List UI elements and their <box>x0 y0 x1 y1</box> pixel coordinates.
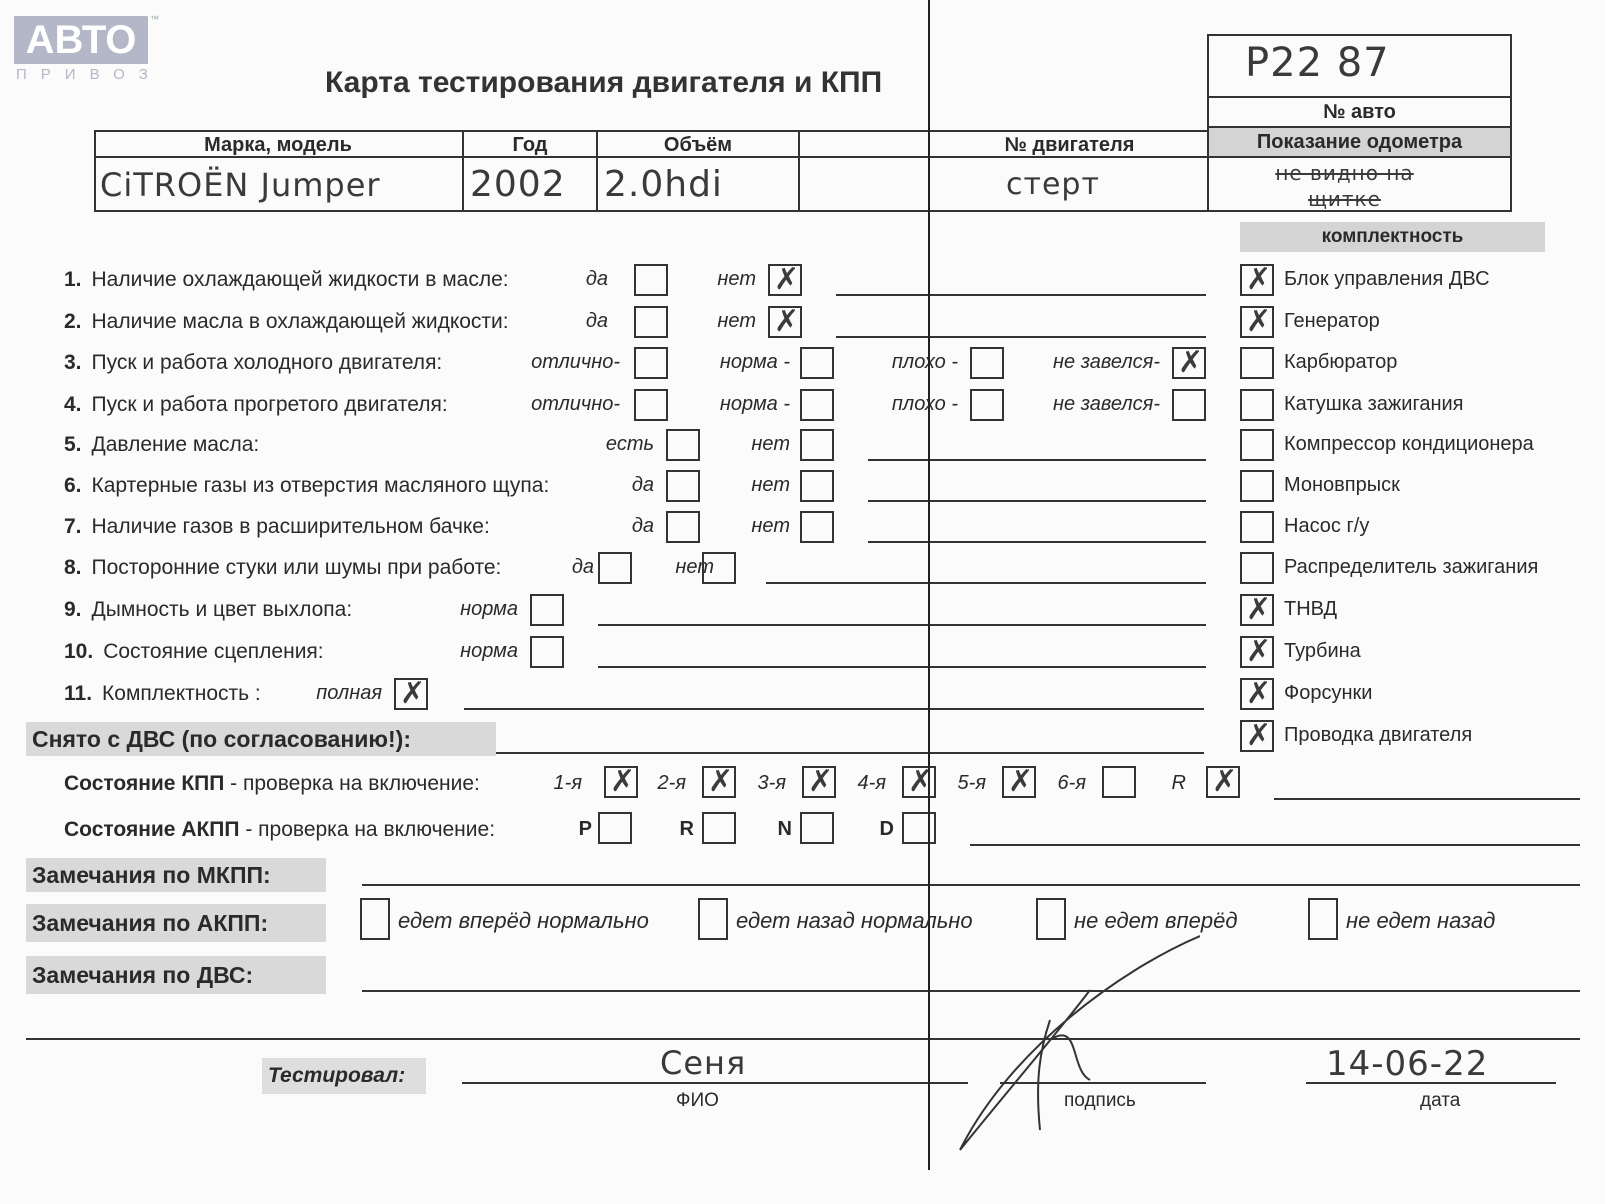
akpp-remark-label: едет вперёд нормально <box>398 908 649 934</box>
akpp-mode-label: N <box>778 818 792 841</box>
completeness-checkbox[interactable] <box>1240 552 1274 584</box>
option-label: норма <box>460 598 518 621</box>
question-text: 6.Картерные газы из отверстия масляного … <box>64 474 549 498</box>
akpp-remark-label: не едет назад <box>1346 908 1495 934</box>
question-number: 3. <box>64 351 82 374</box>
question-text: 11.Комплектность : <box>64 682 261 706</box>
question-text: 1.Наличие охлаждающей жидкости в масле: <box>64 268 509 292</box>
option-checkbox[interactable] <box>768 264 802 296</box>
option-label: да <box>572 556 594 579</box>
option-checkbox[interactable] <box>970 347 1004 379</box>
kpp-label-bold: Состояние КПП <box>64 772 224 795</box>
completeness-checkbox[interactable] <box>1240 264 1274 296</box>
date-value: 14-06-22 <box>1326 1044 1488 1084</box>
option-checkbox[interactable] <box>634 306 668 338</box>
question-label: Посторонние стуки или шумы при работе: <box>92 556 502 579</box>
gear-checkbox[interactable] <box>1002 766 1036 798</box>
gear-checkbox[interactable] <box>1206 766 1240 798</box>
question-label: Состояние сцепления: <box>103 640 323 663</box>
option-label: да <box>586 310 608 333</box>
date-caption: дата <box>1420 1090 1460 1112</box>
col-label: Объём <box>598 132 798 158</box>
option-checkbox[interactable] <box>1172 347 1206 379</box>
gear-label: R <box>1172 772 1186 795</box>
gear-label: 1-я <box>554 772 582 795</box>
option-checkbox[interactable] <box>800 511 834 543</box>
option-label: да <box>632 515 654 538</box>
make-model-value: CiTROËN Jumper <box>100 162 458 208</box>
removed-from-engine-line[interactable] <box>496 752 1204 754</box>
col-label: № двигателя <box>932 132 1207 158</box>
option-label: отлично- <box>531 393 620 416</box>
logo-trademark: ™ <box>150 14 159 24</box>
question-label: Дымность и цвет выхлопа: <box>92 598 353 621</box>
remarks-mkpp-label: Замечания по МКПП: <box>26 858 326 892</box>
question-number: 7. <box>64 515 82 538</box>
signature-caption: подпись <box>1064 1090 1136 1112</box>
question-text: 9.Дымность и цвет выхлопа: <box>64 598 352 622</box>
question-label: Наличие газов в расширительном бачке: <box>92 515 490 538</box>
completeness-item-label: Насос г/у <box>1284 515 1369 538</box>
gear-checkbox[interactable] <box>604 766 638 798</box>
logo: АВТО <box>14 16 148 64</box>
col-label: Год <box>464 132 596 158</box>
question-label: Наличие охлаждающей жидкости в масле: <box>92 268 509 291</box>
completeness-item-label: Генератор <box>1284 310 1380 333</box>
gear-label: 2-я <box>658 772 686 795</box>
option-checkbox[interactable] <box>530 636 564 668</box>
col-year: Год 2002 <box>462 132 596 210</box>
divider <box>26 1038 1580 1040</box>
akpp-label: Состояние АКПП - проверка на включение: <box>64 818 495 842</box>
question-number: 2. <box>64 310 82 333</box>
odometer-label: Показание одометра <box>1209 126 1510 156</box>
akpp-label-rest: - проверка на включение: <box>240 818 496 841</box>
question-number: 9. <box>64 598 82 621</box>
option-label: не завелся- <box>1053 351 1160 374</box>
tested-by-label: Тестировал: <box>262 1058 426 1094</box>
completeness-item-label: Проводка двигателя <box>1284 724 1472 747</box>
completeness-checkbox[interactable] <box>1240 511 1274 543</box>
completeness-item-label: Блок управления ДВС <box>1284 268 1490 291</box>
completeness-header: комплектность <box>1240 222 1545 252</box>
option-label: да <box>586 268 608 291</box>
option-checkbox[interactable] <box>970 389 1004 421</box>
year-value: 2002 <box>470 162 592 208</box>
page-title: Карта тестирования двигателя и КПП <box>325 66 882 100</box>
completeness-checkbox[interactable] <box>1240 429 1274 461</box>
notes-line[interactable] <box>598 624 1206 626</box>
option-checkbox[interactable] <box>768 306 802 338</box>
vehicle-number-value: P22 87 <box>1245 40 1390 86</box>
notes-line[interactable] <box>868 541 1206 543</box>
question-text: 5.Давление масла: <box>64 433 259 457</box>
option-checkbox[interactable] <box>394 678 428 710</box>
option-checkbox[interactable] <box>800 429 834 461</box>
akpp-mode-label: P <box>579 818 592 841</box>
question-number: 1. <box>64 268 82 291</box>
notes-line[interactable] <box>868 500 1206 502</box>
col-label: Марка, модель <box>94 132 462 158</box>
fio-caption: ФИО <box>676 1090 719 1112</box>
option-label: норма <box>460 640 518 663</box>
vehicle-header-table: Марка, модель CiTROËN Jumper Год 2002 Об… <box>94 130 1209 212</box>
option-checkbox[interactable] <box>634 264 668 296</box>
completeness-item-label: Компрессор кондиционера <box>1284 433 1534 456</box>
question-label: Комплектность : <box>102 682 261 705</box>
col-volume: Объём 2.0hdi <box>596 132 798 210</box>
akpp-mode-label: D <box>880 818 894 841</box>
col-make-model: Марка, модель CiTROËN Jumper <box>94 132 462 210</box>
akpp-remark-checkbox[interactable] <box>1308 898 1338 940</box>
notes-line[interactable] <box>766 582 1206 584</box>
akpp-mode-label: R <box>680 818 694 841</box>
option-label: нет <box>751 515 790 538</box>
option-label: нет <box>751 433 790 456</box>
col-engine-number: № двигателя стерт <box>896 132 1207 210</box>
akpp-label-bold: Состояние АКПП <box>64 818 240 841</box>
completeness-checkbox[interactable] <box>1240 306 1274 338</box>
notes-line[interactable] <box>836 336 1206 338</box>
option-checkbox[interactable] <box>530 594 564 626</box>
completeness-item-label: ТНВД <box>1284 598 1337 621</box>
option-checkbox[interactable] <box>666 470 700 502</box>
completeness-checkbox[interactable] <box>1240 594 1274 626</box>
option-label: не завелся- <box>1053 393 1160 416</box>
question-text: 2.Наличие масла в охлаждающей жидкости: <box>64 310 509 334</box>
question-number: 10. <box>64 640 93 663</box>
option-label: нет <box>751 474 790 497</box>
question-label: Давление масла: <box>92 433 260 456</box>
notes-line[interactable] <box>464 708 1204 710</box>
option-checkbox[interactable] <box>800 389 834 421</box>
question-number: 6. <box>64 474 82 497</box>
gear-checkbox[interactable] <box>902 766 936 798</box>
option-label: нет <box>717 268 756 291</box>
gear-checkbox[interactable] <box>702 766 736 798</box>
completeness-checkbox[interactable] <box>1240 720 1274 752</box>
signature-line[interactable] <box>1000 1082 1206 1084</box>
completeness-checkbox[interactable] <box>1240 636 1274 668</box>
option-checkbox[interactable] <box>634 389 668 421</box>
option-label: норма - <box>720 351 790 374</box>
option-checkbox[interactable] <box>800 470 834 502</box>
option-label: плохо - <box>892 351 958 374</box>
completeness-checkbox[interactable] <box>1240 347 1274 379</box>
question-number: 11. <box>64 682 92 705</box>
remarks-dvs-label: Замечания по ДВС: <box>26 956 326 994</box>
akpp-remark-checkbox[interactable] <box>698 898 728 940</box>
completeness-checkbox[interactable] <box>1240 389 1274 421</box>
option-label: полная <box>316 682 382 705</box>
gear-label: 6-я <box>1058 772 1086 795</box>
signature-icon <box>940 930 1200 1160</box>
question-label: Пуск и работа прогретого двигателя: <box>92 393 448 416</box>
completeness-item-label: Карбюратор <box>1284 351 1397 374</box>
option-checkbox[interactable] <box>702 552 736 584</box>
akpp-mode-checkbox[interactable] <box>702 812 736 844</box>
gear-label: 5-я <box>958 772 986 795</box>
engine-number-value: стерт <box>1006 162 1203 208</box>
question-number: 8. <box>64 556 82 579</box>
completeness-item-label: Турбина <box>1284 640 1361 663</box>
akpp-mode-checkbox[interactable] <box>598 812 632 844</box>
option-checkbox[interactable] <box>666 511 700 543</box>
completeness-item-label: Катушка зажигания <box>1284 393 1464 416</box>
akpp-remark-checkbox[interactable] <box>360 898 390 940</box>
option-checkbox[interactable] <box>634 347 668 379</box>
question-label: Наличие масла в охлаждающей жидкости: <box>92 310 509 333</box>
question-text: 7.Наличие газов в расширительном бачке: <box>64 515 490 539</box>
akpp-mode-checkbox[interactable] <box>902 812 936 844</box>
tester-name-value: Сеня <box>660 1044 746 1082</box>
completeness-item-label: Распределитель зажигания <box>1284 556 1538 579</box>
fold-line <box>928 0 930 1170</box>
completeness-item-label: Моновпрыск <box>1284 474 1400 497</box>
option-checkbox[interactable] <box>800 347 834 379</box>
completeness-checkbox[interactable] <box>1240 470 1274 502</box>
question-number: 5. <box>64 433 82 456</box>
option-checkbox[interactable] <box>598 552 632 584</box>
notes-line[interactable] <box>836 294 1206 296</box>
option-label: норма - <box>720 393 790 416</box>
completeness-item-label: Форсунки <box>1284 682 1372 705</box>
question-label: Картерные газы из отверстия масляного щу… <box>92 474 550 497</box>
kpp-label: Состояние КПП - проверка на включение: <box>64 772 480 796</box>
question-text: 8.Посторонние стуки или шумы при работе: <box>64 556 501 580</box>
date-line[interactable] <box>1306 1082 1556 1084</box>
question-text: 4.Пуск и работа прогретого двигателя: <box>64 393 448 417</box>
kpp-label-rest: - проверка на включение: <box>224 772 480 795</box>
akpp-mode-checkbox[interactable] <box>800 812 834 844</box>
question-label: Пуск и работа холодного двигателя: <box>92 351 443 374</box>
option-label: нет <box>717 310 756 333</box>
gear-label: 3-я <box>758 772 786 795</box>
gear-label: 4-я <box>858 772 886 795</box>
vehicle-info-box: P22 87 № авто Показание одометра не видн… <box>1207 34 1512 212</box>
option-label: отлично- <box>531 351 620 374</box>
logo-subtitle: ПРИВОЗ <box>16 66 162 83</box>
gear-checkbox[interactable] <box>1102 766 1136 798</box>
completeness-checkbox[interactable] <box>1240 678 1274 710</box>
remarks-mkpp-line[interactable] <box>362 884 1580 886</box>
question-text: 10.Состояние сцепления: <box>64 640 324 664</box>
kpp-notes-line[interactable] <box>1274 798 1580 800</box>
option-label: есть <box>606 433 654 456</box>
removed-from-engine-label: Снято с ДВС (по согласованию!): <box>26 722 496 756</box>
remarks-akpp-label: Замечания по АКПП: <box>26 904 326 942</box>
question-text: 3.Пуск и работа холодного двигателя: <box>64 351 442 375</box>
vehicle-number-label: № авто <box>1209 96 1510 126</box>
option-label: плохо - <box>892 393 958 416</box>
odometer-value: не видно на щитке <box>1209 156 1510 212</box>
option-label: да <box>632 474 654 497</box>
gear-checkbox[interactable] <box>802 766 836 798</box>
option-checkbox[interactable] <box>666 429 700 461</box>
fio-line[interactable] <box>462 1082 968 1084</box>
volume-value: 2.0hdi <box>604 162 794 208</box>
akpp-notes-line[interactable] <box>970 844 1580 846</box>
question-number: 4. <box>64 393 82 416</box>
option-checkbox[interactable] <box>1172 389 1206 421</box>
notes-line[interactable] <box>598 666 1206 668</box>
akpp-remark-label: едет назад нормально <box>736 908 973 934</box>
notes-line[interactable] <box>868 459 1206 461</box>
